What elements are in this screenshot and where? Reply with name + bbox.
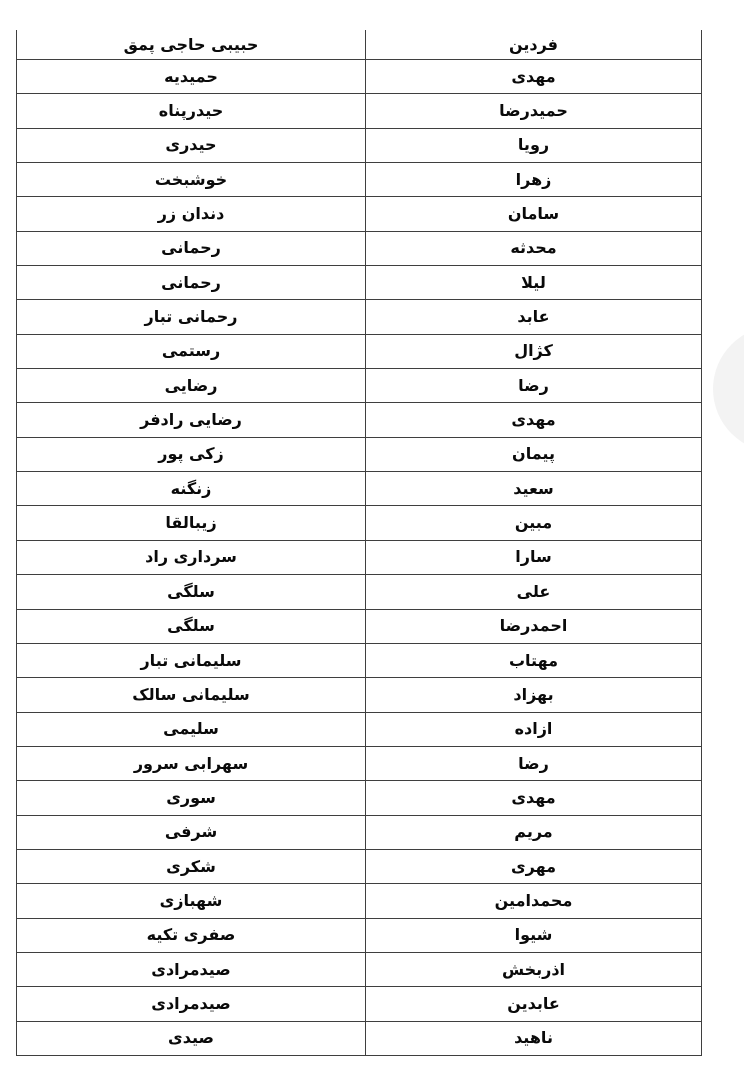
- last-name-cell: رحمانی: [17, 266, 365, 299]
- last-name-cell: حمیدیه: [17, 60, 365, 93]
- first-name-cell: عابد: [365, 300, 701, 333]
- table-row: مهدیسوری: [17, 781, 701, 815]
- first-name-cell: رضا: [365, 369, 701, 402]
- table-row: لیلارحمانی: [17, 266, 701, 300]
- table-row: عابدینصیدمرادی: [17, 987, 701, 1021]
- first-name-cell: رویا: [365, 129, 701, 162]
- last-name-cell: سلیمانی تبار: [17, 644, 365, 677]
- last-name-cell: شکری: [17, 850, 365, 883]
- last-name-cell: دندان زر: [17, 197, 365, 230]
- last-name-cell: سهرابی سرور: [17, 747, 365, 780]
- last-name-cell: صیدمرادی: [17, 987, 365, 1020]
- table-row: علیسلگی: [17, 575, 701, 609]
- first-name-cell: اذربخش: [365, 953, 701, 986]
- first-name-cell: بهزاد: [365, 678, 701, 711]
- first-name-cell: مبین: [365, 506, 701, 539]
- names-table: فردینحبیبی حاجی پمقمهدیحمیدیهحمیدرضاحیدر…: [16, 30, 702, 1056]
- last-name-cell: سلیمی: [17, 713, 365, 746]
- first-name-cell: سامان: [365, 197, 701, 230]
- last-name-cell: سلگی: [17, 575, 365, 608]
- last-name-cell: رستمی: [17, 335, 365, 368]
- last-name-cell: رحمانی تبار: [17, 300, 365, 333]
- first-name-cell: عابدین: [365, 987, 701, 1020]
- first-name-cell: مهری: [365, 850, 701, 883]
- first-name-cell: محدثه: [365, 232, 701, 265]
- last-name-cell: حیدرپناه: [17, 94, 365, 127]
- table-row: محدثهرحمانی: [17, 232, 701, 266]
- table-row: مریمشرفی: [17, 816, 701, 850]
- first-name-cell: علی: [365, 575, 701, 608]
- last-name-cell: حیدری: [17, 129, 365, 162]
- first-name-cell: مهتاب: [365, 644, 701, 677]
- table-row: رویاحیدری: [17, 129, 701, 163]
- table-row: مهدیحمیدیه: [17, 60, 701, 94]
- table-row: محمدامینشهبازی: [17, 884, 701, 918]
- last-name-cell: حبیبی حاجی پمق: [17, 30, 365, 59]
- table-row: احمدرضاسلگی: [17, 610, 701, 644]
- table-row: ساماندندان زر: [17, 197, 701, 231]
- table-row: حمیدرضاحیدرپناه: [17, 94, 701, 128]
- table-row: اذربخشصیدمرادی: [17, 953, 701, 987]
- table-row: ازادهسلیمی: [17, 713, 701, 747]
- table-row: شیواصفری تکیه: [17, 919, 701, 953]
- first-name-cell: ازاده: [365, 713, 701, 746]
- last-name-cell: سوری: [17, 781, 365, 814]
- table-row: کژالرستمی: [17, 335, 701, 369]
- table-row: ساراسرداری راد: [17, 541, 701, 575]
- first-name-cell: ناهید: [365, 1022, 701, 1055]
- last-name-cell: رحمانی: [17, 232, 365, 265]
- last-name-cell: رضایی: [17, 369, 365, 402]
- first-name-cell: پیمان: [365, 438, 701, 471]
- table-row: پیمانزکی پور: [17, 438, 701, 472]
- first-name-cell: حمیدرضا: [365, 94, 701, 127]
- first-name-cell: لیلا: [365, 266, 701, 299]
- last-name-cell: صفری تکیه: [17, 919, 365, 952]
- table-row: رضاسهرابی سرور: [17, 747, 701, 781]
- table-row: مبینزیبالقا: [17, 506, 701, 540]
- last-name-cell: خوشبخت: [17, 163, 365, 196]
- first-name-cell: مهدی: [365, 403, 701, 436]
- first-name-cell: مریم: [365, 816, 701, 849]
- last-name-cell: شرفی: [17, 816, 365, 849]
- first-name-cell: احمدرضا: [365, 610, 701, 643]
- table-row: سعیدزنگنه: [17, 472, 701, 506]
- last-name-cell: زنگنه: [17, 472, 365, 505]
- first-name-cell: شیوا: [365, 919, 701, 952]
- table-row: ناهیدصیدی: [17, 1022, 701, 1056]
- first-name-cell: محمدامین: [365, 884, 701, 917]
- watermark-circle: [713, 326, 744, 452]
- table-row: عابدرحمانی تبار: [17, 300, 701, 334]
- last-name-cell: سرداری راد: [17, 541, 365, 574]
- last-name-cell: صیدی: [17, 1022, 365, 1055]
- first-name-cell: فردین: [365, 30, 701, 59]
- last-name-cell: زکی پور: [17, 438, 365, 471]
- first-name-cell: مهدی: [365, 60, 701, 93]
- last-name-cell: سلیمانی سالک: [17, 678, 365, 711]
- table-row: مهتابسلیمانی تبار: [17, 644, 701, 678]
- table-row: فردینحبیبی حاجی پمق: [17, 30, 701, 60]
- table-row: بهزادسلیمانی سالک: [17, 678, 701, 712]
- last-name-cell: صیدمرادی: [17, 953, 365, 986]
- page: فردینحبیبی حاجی پمقمهدیحمیدیهحمیدرضاحیدر…: [0, 0, 744, 1080]
- last-name-cell: رضایی رادفر: [17, 403, 365, 436]
- first-name-cell: سعید: [365, 472, 701, 505]
- first-name-cell: کژال: [365, 335, 701, 368]
- last-name-cell: سلگی: [17, 610, 365, 643]
- last-name-cell: شهبازی: [17, 884, 365, 917]
- last-name-cell: زیبالقا: [17, 506, 365, 539]
- first-name-cell: سارا: [365, 541, 701, 574]
- first-name-cell: زهرا: [365, 163, 701, 196]
- table-row: مهریشکری: [17, 850, 701, 884]
- first-name-cell: مهدی: [365, 781, 701, 814]
- first-name-cell: رضا: [365, 747, 701, 780]
- table-row: مهدیرضایی رادفر: [17, 403, 701, 437]
- table-row: رضارضایی: [17, 369, 701, 403]
- table-row: زهراخوشبخت: [17, 163, 701, 197]
